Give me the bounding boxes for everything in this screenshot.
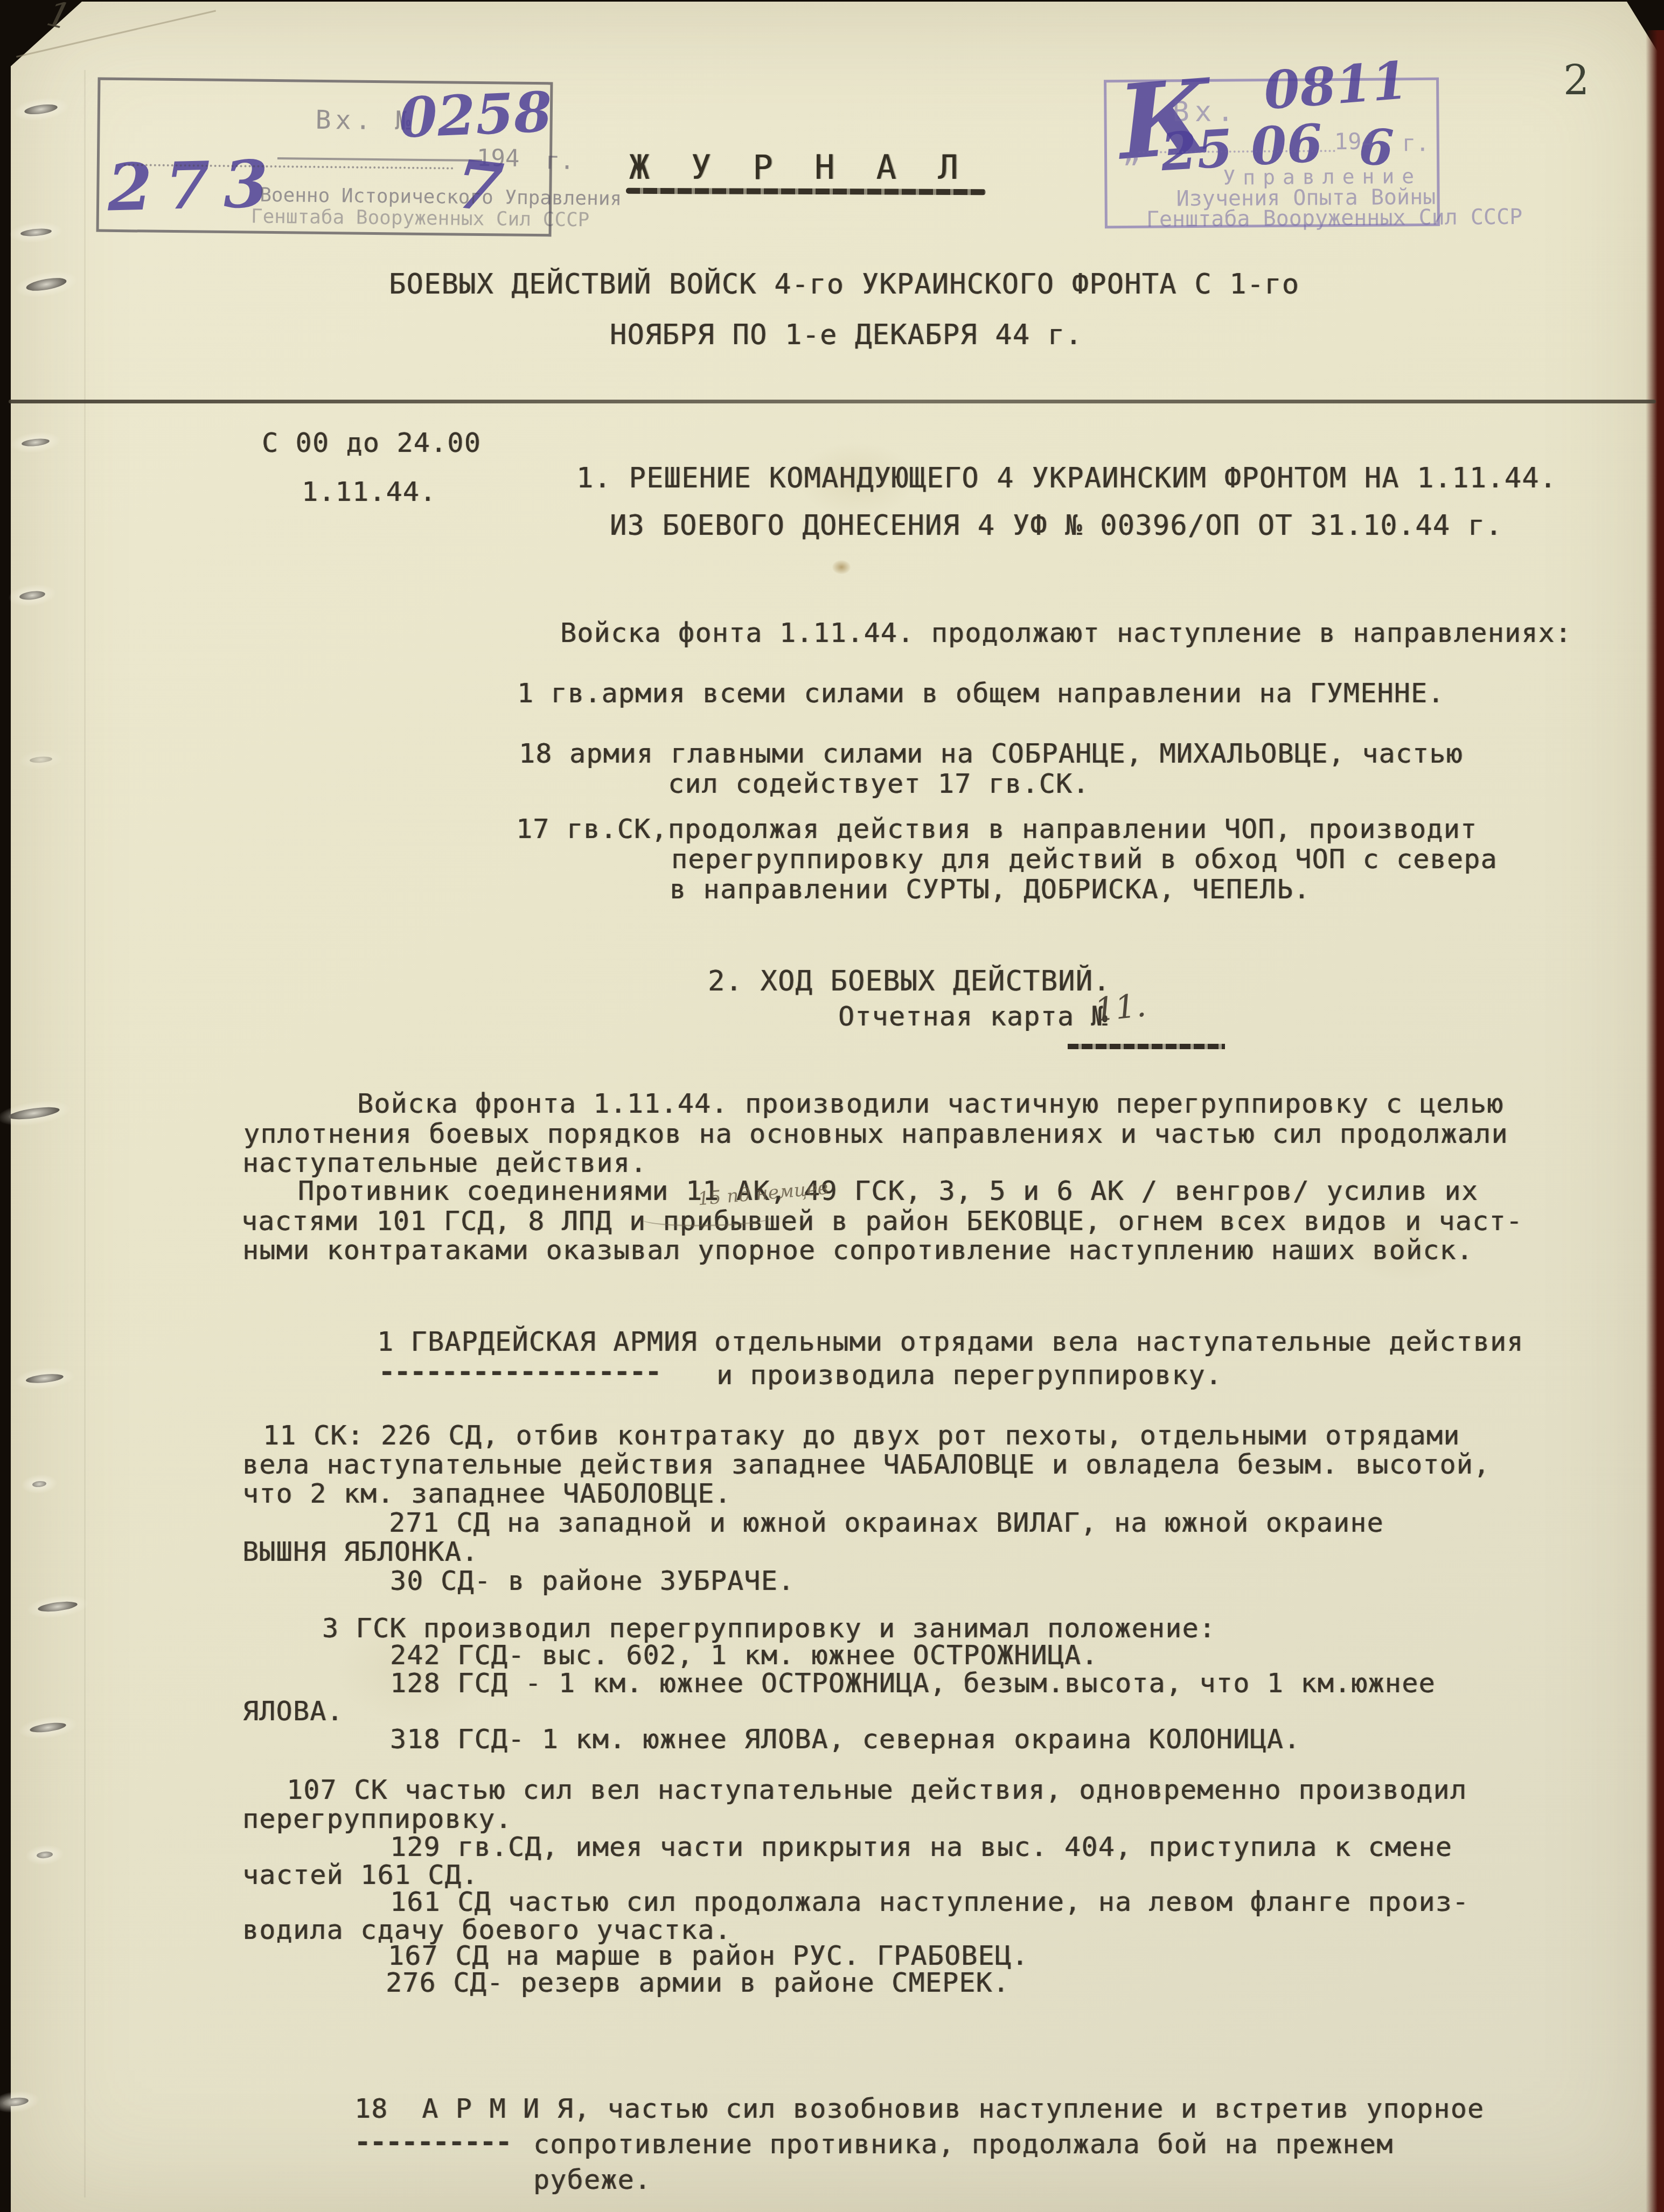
section1-line-2: ИЗ БОЕВОГО ДОНЕСЕНИЯ 4 УФ № 00396/ОП ОТ … <box>610 510 1503 542</box>
stamp-left-org-line2: Генштаба Вооруженных Сил СССР <box>251 206 590 232</box>
sk11-line-1: 11 СК: 226 СД, отбив контратаку до двух … <box>263 1420 1460 1451</box>
gsk3-line-2: 242 ГСД- выс. 602, 1 км. южнее ОСТРОЖНИЦ… <box>390 1639 1098 1671</box>
course-line-4: Противник соединениями 11 АК, 49 ГСК, 3,… <box>298 1175 1478 1206</box>
sk11-line-3: что 2 км. западнее ЧАБОЛОВЦЕ. <box>242 1478 732 1509</box>
map-number-underline <box>1068 1044 1225 1049</box>
binder-hole <box>25 1372 64 1384</box>
vertical-crease <box>84 70 86 2197</box>
binder-hole <box>37 1600 78 1614</box>
army1-line-1: 1 ГВАРДЕЙСКАЯ АРМИЯ отдельными отрядами … <box>377 1326 1524 1357</box>
decision-line-4c: в направлении СУРТЫ, ДОБРИСКА, ЧЕПЕЛЬ. <box>670 874 1311 905</box>
sk107-line-2: перегруппировку. <box>242 1803 512 1834</box>
sk107-line-1: 107 СК частью сил вел наступательные дей… <box>287 1774 1467 1805</box>
stamp-right-year-suffix: г. <box>1402 130 1430 156</box>
section2-heading: 2. ХОД БОЕВЫХ ДЕЙСТВИЙ. <box>708 965 1111 997</box>
army18-underline-dashes: ---------- <box>354 2126 511 2158</box>
decision-line-1: Войска фонта 1.11.44. продолжают наступл… <box>560 617 1572 648</box>
document-page: 1 2 Вх. № 0258 273 194 г. 7 Военно Истор… <box>0 0 1664 2212</box>
header-rule <box>9 400 1656 403</box>
course-line-3: наступательные действия. <box>242 1147 647 1178</box>
sk107-line-5: 161 СД частью сил продолжала наступление… <box>390 1886 1469 1917</box>
incoming-stamp-right: К Вх. 0811 25 06 6 „ 194 г. Управление И… <box>1104 78 1440 228</box>
army18-line-3: рубеже. <box>533 2164 651 2195</box>
stamp-right-year-printed: 194 <box>1334 128 1375 155</box>
page-number: 2 <box>1563 56 1589 104</box>
sk11-line-2: вела наступательные действия западнее ЧА… <box>242 1449 1490 1480</box>
section1-line-1: 1. РЕШЕНИЕ КОМАНДУЮЩЕГО 4 УКРАИНСКИМ ФРО… <box>576 462 1557 494</box>
title-underline <box>626 188 986 195</box>
binder-hole <box>25 276 67 294</box>
course-line-2: уплотнения боевых порядков на основных н… <box>243 1118 1508 1149</box>
binder-hole <box>2 2097 29 2108</box>
binder-hole <box>37 1851 53 1859</box>
army1-line-2: и производила перегруппировку. <box>716 1359 1222 1391</box>
gsk3-line-3: 128 ГСД - 1 км. южнее ОСТРОЖНИЦА, безым.… <box>390 1667 1436 1699</box>
sk11-line-4: 271 СД на западной и южной окраинах ВИЛА… <box>389 1507 1384 1538</box>
binder-hole <box>8 1105 60 1121</box>
document-title: Ж У Р Н А Л <box>629 148 969 187</box>
binder-hole <box>24 103 58 116</box>
stamp-right-org-line3: Генштаба Вооруженных Сил СССР <box>1146 205 1523 232</box>
decision-line-4a: 17 гв.СК,продолжая действия в направлени… <box>516 813 1477 845</box>
entry-time-range: С 00 до 24.00 <box>262 427 481 458</box>
army1-underline-dashes: ------------------ <box>379 1356 661 1387</box>
gsk3-line-4: ЯЛОВА. <box>242 1695 344 1727</box>
section2-map-number-handwritten: 11. <box>1093 986 1148 1029</box>
sk11-line-5: ВЫШНЯ ЯБЛОНКА. <box>242 1536 478 1567</box>
decision-line-3a: 18 армия главными силами на СОБРАНЦЕ, МИ… <box>519 738 1463 769</box>
entry-date: 1.11.44. <box>302 476 436 507</box>
course-line-1: Войска фронта 1.11.44. производили части… <box>357 1088 1504 1119</box>
decision-line-3b: сил содействует 17 гв.СК. <box>668 768 1090 799</box>
incoming-stamp-left: Вх. № 0258 273 194 г. 7 Военно Историчес… <box>96 78 553 237</box>
binder-hole <box>20 227 52 237</box>
subtitle-line-1: БОЕВЫХ ДЕЙСТВИЙ ВОЙСК 4-го УКРАИНСКОГО Ф… <box>389 268 1299 301</box>
gsk3-line-5: 318 ГСД- 1 км. южнее ЯЛОВА, северная окр… <box>390 1723 1300 1755</box>
sk107-line-8: 276 СД- резерв армии в районе СМЕРЕК. <box>386 1967 1009 1998</box>
binder-hole <box>30 756 53 764</box>
course-line-5: частями 101 ГСД, 8 ЛПД и прибывшей в рай… <box>241 1205 1523 1237</box>
stamp-left-year-suffix: г. <box>546 147 575 175</box>
stamp-right-date-line <box>1138 124 1335 153</box>
section2-map-label: Отчетная карта № <box>838 1001 1108 1032</box>
stamp-left-date-line <box>124 134 454 169</box>
binder-hole <box>19 590 45 601</box>
course-line-6: ными контратаками оказывал упорное сопро… <box>242 1234 1473 1266</box>
sk11-line-6: 30 СД- в районе ЗУБРАЧЕ. <box>390 1565 795 1596</box>
army18-line-1: 18 А Р М И Я, частью сил возобновив наст… <box>354 2093 1484 2124</box>
binding-edge <box>1646 30 1664 2212</box>
binder-hole <box>21 437 50 447</box>
army18-line-2: сопротивление противника, продолжала бой… <box>533 2129 1393 2160</box>
subtitle-line-2: НОЯБРЯ ПО 1-е ДЕКАБРЯ 44 г. <box>610 319 1083 351</box>
binder-hole <box>29 1721 66 1734</box>
binder-hole <box>32 1481 47 1488</box>
sk107-line-3: 129 гв.СД, имея части прикрытия на выс. … <box>390 1831 1452 1862</box>
stamp-right-number-handwritten: 0811 <box>1262 50 1410 121</box>
decision-line-2: 1 гв.армия всеми силами в общем направле… <box>517 678 1445 709</box>
decision-line-4b: перегруппировку для действий в обход ЧОП… <box>671 843 1498 875</box>
